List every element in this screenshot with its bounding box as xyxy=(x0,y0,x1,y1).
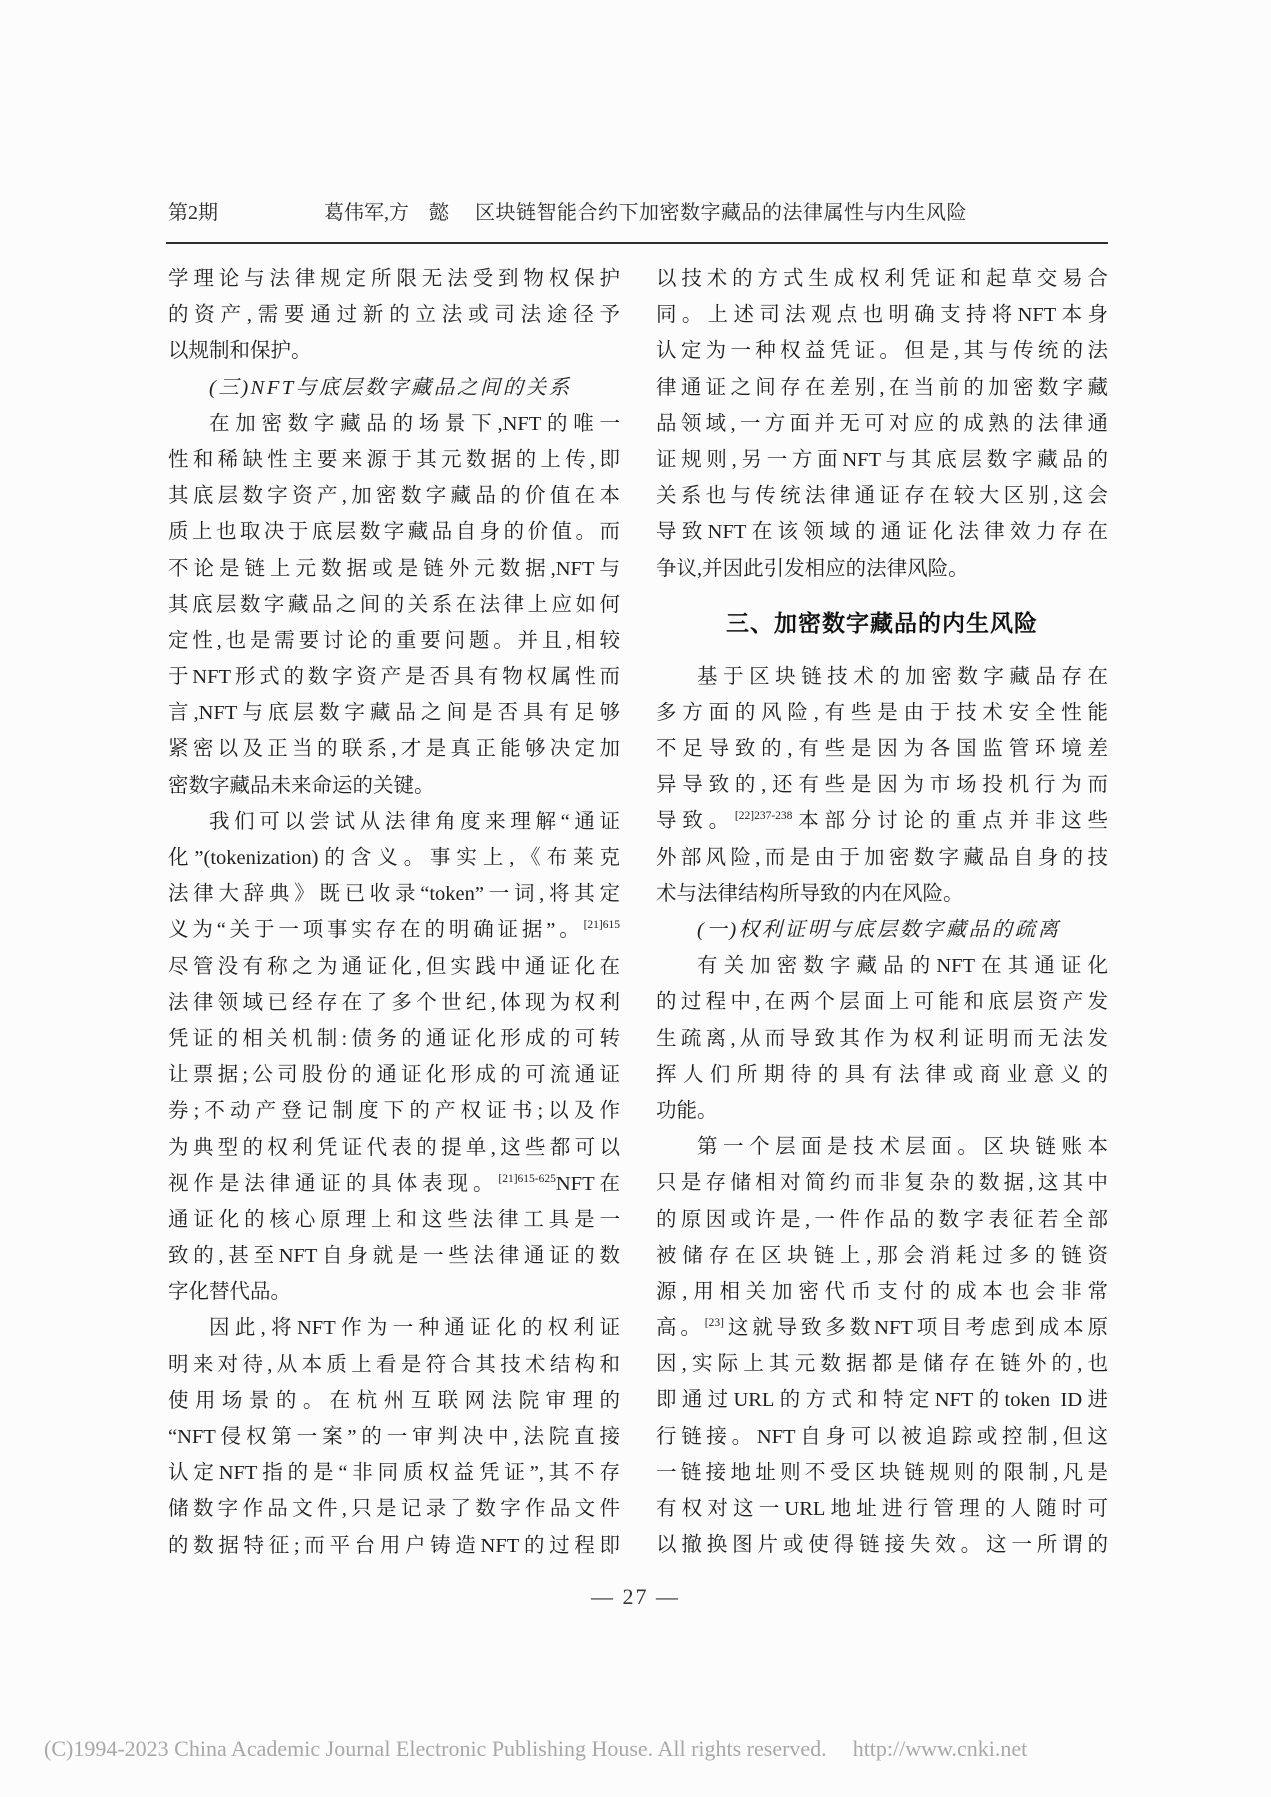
body-text-line: 证规则,另一方面NFT与其底层数字藏品的 xyxy=(656,442,1108,478)
right-column: 以技术的方式生成权利凭证和起草交易合同。上述司法观点也明确支持将NFT本身认定为… xyxy=(656,261,1108,1564)
body-text-line: 言,NFT与底层数字藏品之间是否具有足够 xyxy=(168,695,620,731)
body-text-line: 字化替代品。 xyxy=(168,1274,620,1310)
issue-label: 第2期 xyxy=(168,196,218,225)
citation-ref: [23] xyxy=(705,1317,724,1329)
body-text-line: 有权对这一URL地址进行管理的人随时可 xyxy=(656,1491,1108,1527)
body-text-line: 的原因或许是,一件作品的数字表征若全部 xyxy=(656,1202,1108,1238)
body-text-line: 通证化的核心原理上和这些法律工具是一 xyxy=(168,1202,620,1238)
body-text-line: 不论是链上元数据或是链外元数据,NFT与 xyxy=(168,551,620,587)
body-text-line: 导致NFT在该领域的通证化法律效力存在 xyxy=(656,514,1108,550)
citation-ref: [21]615-625 xyxy=(498,1173,556,1185)
body-text-line: 有关加密数字藏品的NFT在其通证化 xyxy=(656,948,1108,984)
body-text-line: 外部风险,而是由于加密数字藏品自身的技 xyxy=(656,840,1108,876)
body-text-line: 功能。 xyxy=(656,1093,1108,1129)
body-text-line: 在加密数字藏品的场景下,NFT的唯一 xyxy=(168,406,620,442)
body-text-line: 紧密以及正当的联系,才是真正能够决定加 xyxy=(168,731,620,767)
body-text-line: 明来对待,从本质上看是符合其技术结构和 xyxy=(168,1347,620,1383)
body-text-line: 法律领域已经存在了多个世纪,体现为权利 xyxy=(168,985,620,1021)
body-text-line: 认定为一种权益凭证。但是,其与传统的法 xyxy=(656,333,1108,369)
body-text-line: 性和稀缺性主要来源于其元数据的上传,即 xyxy=(168,442,620,478)
body-text-line: 化”(tokenization)的含义。事实上,《布莱克 xyxy=(168,840,620,876)
body-text-line: 法律大辞典》既已收录“token”一词,将其定 xyxy=(168,876,620,912)
body-text-line: 以技术的方式生成权利凭证和起草交易合 xyxy=(656,261,1108,297)
body-text-line: 品领域,一方面并无可对应的成熟的法律通 xyxy=(656,406,1108,442)
body-text-line: 只是存储相对简约而非复杂的数据,这其中 xyxy=(656,1165,1108,1201)
body-text-line: 凭证的相关机制:债务的通证化形成的可转 xyxy=(168,1021,620,1057)
body-text-line: 术与法律结构所导致的内在风险。 xyxy=(656,876,1108,912)
body-text-line: 义为“关于一项事实存在的明确证据”。[21]615 xyxy=(168,912,620,948)
body-text-line: 关系也与传统法律通证存在较大区别,这会 xyxy=(656,478,1108,514)
body-text-line: 挥人们所期待的具有法律或商业意义的 xyxy=(656,1057,1108,1093)
header-rule xyxy=(166,242,1108,244)
body-text-line: 让票据;公司股份的通证化形成的可流通证 xyxy=(168,1057,620,1093)
copyright-text: (C)1994-2023 China Academic Journal Elec… xyxy=(44,1736,827,1762)
body-text-line: 源,用相关加密代币支付的成本也会非常 xyxy=(656,1274,1108,1310)
body-text-line: “NFT侵权第一案”的一审判决中,法院直接 xyxy=(168,1419,620,1455)
body-text-line: 一链接地址则不受区块链规则的限制,凡是 xyxy=(656,1455,1108,1491)
body-text-line: 储数字作品文件,只是记录了数字作品文件 xyxy=(168,1491,620,1527)
body-text-line: 于NFT形式的数字资产是否具有物权属性而 xyxy=(168,659,620,695)
body-text-line: 致的,甚至NFT自身就是一些法律通证的数 xyxy=(168,1238,620,1274)
body-text-line: 高。[23]这就导致多数NFT项目考虑到成本原 xyxy=(656,1310,1108,1346)
body-text-line: 不足导致的,有些是因为各国监管环境差 xyxy=(656,731,1108,767)
body-text-line: 争议,并因此引发相应的法律风险。 xyxy=(656,551,1108,587)
body-text-line: 使用场景的。在杭州互联网法院审理的 xyxy=(168,1383,620,1419)
body-text-line: 认定NFT指的是“非同质权益凭证”,其不存 xyxy=(168,1455,620,1491)
body-text-line: 的过程中,在两个层面上可能和底层资产发 xyxy=(656,984,1108,1020)
body-text-line: 其底层数字藏品之间的关系在法律上应如何 xyxy=(168,587,620,623)
authors: 葛伟军,方 懿 xyxy=(324,196,449,225)
body-text-line: 券;不动产登记制度下的产权证书;以及作 xyxy=(168,1093,620,1129)
body-text-line: 质上也取决于底层数字藏品自身的价值。而 xyxy=(168,514,620,550)
body-text-line: 为典型的权利凭证代表的提单,这些都可以 xyxy=(168,1130,620,1166)
body-text-line: 的数据特征;而平台用户铸造NFT的过程即 xyxy=(168,1528,620,1564)
body-text-line: 因此,将NFT作为一种通证化的权利证 xyxy=(168,1310,620,1346)
body-text-line: 其底层数字资产,加密数字藏品的价值在本 xyxy=(168,478,620,514)
left-column: 学理论与法律规定所限无法受到物权保护的资产,需要通过新的立法或司法途径予以规制和… xyxy=(168,261,620,1564)
body-text-line: 以撤换图片或使得链接失效。这一所谓的 xyxy=(656,1527,1108,1563)
body-text-line: 我们可以尝试从法律角度来理解“通证 xyxy=(168,804,620,840)
running-title: 区块链智能合约下加密数字藏品的法律属性与内生风险 xyxy=(475,196,967,225)
body-text-line: 异导致的,还有些是因为市场投机行为而 xyxy=(656,767,1108,803)
journal-page: 第2期 葛伟军,方 懿 区块链智能合约下加密数字藏品的法律属性与内生风险 学理论… xyxy=(0,0,1271,1797)
body-text-line: 定性,也是需要讨论的重要问题。并且,相较 xyxy=(168,623,620,659)
body-text-line: 同。上述司法观点也明确支持将NFT本身 xyxy=(656,297,1108,333)
body-text-line: 视作是法律通证的具体表现。[21]615-625NFT在 xyxy=(168,1166,620,1202)
body-text-line: 因,实际上其元数据都是储存在链外的,也 xyxy=(656,1346,1108,1382)
subsection-heading: (三)NFT与底层数字藏品之间的关系 xyxy=(168,370,620,406)
body-text-line: 基于区块链技术的加密数字藏品存在 xyxy=(656,659,1108,695)
article-body: 学理论与法律规定所限无法受到物权保护的资产,需要通过新的立法或司法途径予以规制和… xyxy=(168,261,1108,1564)
body-text-line: 尽管没有称之为通证化,但实践中通证化在 xyxy=(168,949,620,985)
citation-ref: [21]615 xyxy=(584,920,620,932)
body-text-line: 律通证之间存在差别,在当前的加密数字藏 xyxy=(656,370,1108,406)
body-text-line: 生疏离,从而导致其作为权利证明而无法发 xyxy=(656,1021,1108,1057)
body-text-line: 的资产,需要通过新的立法或司法途径予 xyxy=(168,297,620,333)
body-text-line: 即通过URL的方式和特定NFT的token ID进 xyxy=(656,1382,1108,1418)
body-text-line: 以规制和保护。 xyxy=(168,333,620,369)
page-number: — 27 — xyxy=(0,1584,1271,1610)
body-text-line: 密数字藏品未来命运的关键。 xyxy=(168,768,620,804)
body-text-line: 导致。[22]237-238本部分讨论的重点并非这些 xyxy=(656,803,1108,839)
body-text-line: 被储存在区块链上,那会消耗过多的链资 xyxy=(656,1238,1108,1274)
body-text-line: 第一个层面是技术层面。区块链账本 xyxy=(656,1129,1108,1165)
section-heading: 三、加密数字藏品的内生风险 xyxy=(656,605,1108,642)
body-text-line: 多方面的风险,有些是由于技术安全性能 xyxy=(656,695,1108,731)
citation-ref: [22]237-238 xyxy=(735,811,793,823)
body-text-line: 行链接。NFT自身可以被追踪或控制,但这 xyxy=(656,1419,1108,1455)
copyright-footer: (C)1994-2023 China Academic Journal Elec… xyxy=(44,1736,1027,1762)
page-header: 第2期 葛伟军,方 懿 区块链智能合约下加密数字藏品的法律属性与内生风险 xyxy=(168,196,1108,225)
body-text-line: 学理论与法律规定所限无法受到物权保护 xyxy=(168,261,620,297)
subsection-heading: (一)权利证明与底层数字藏品的疏离 xyxy=(656,912,1108,948)
cnki-url: http://www.cnki.net xyxy=(853,1736,1028,1762)
